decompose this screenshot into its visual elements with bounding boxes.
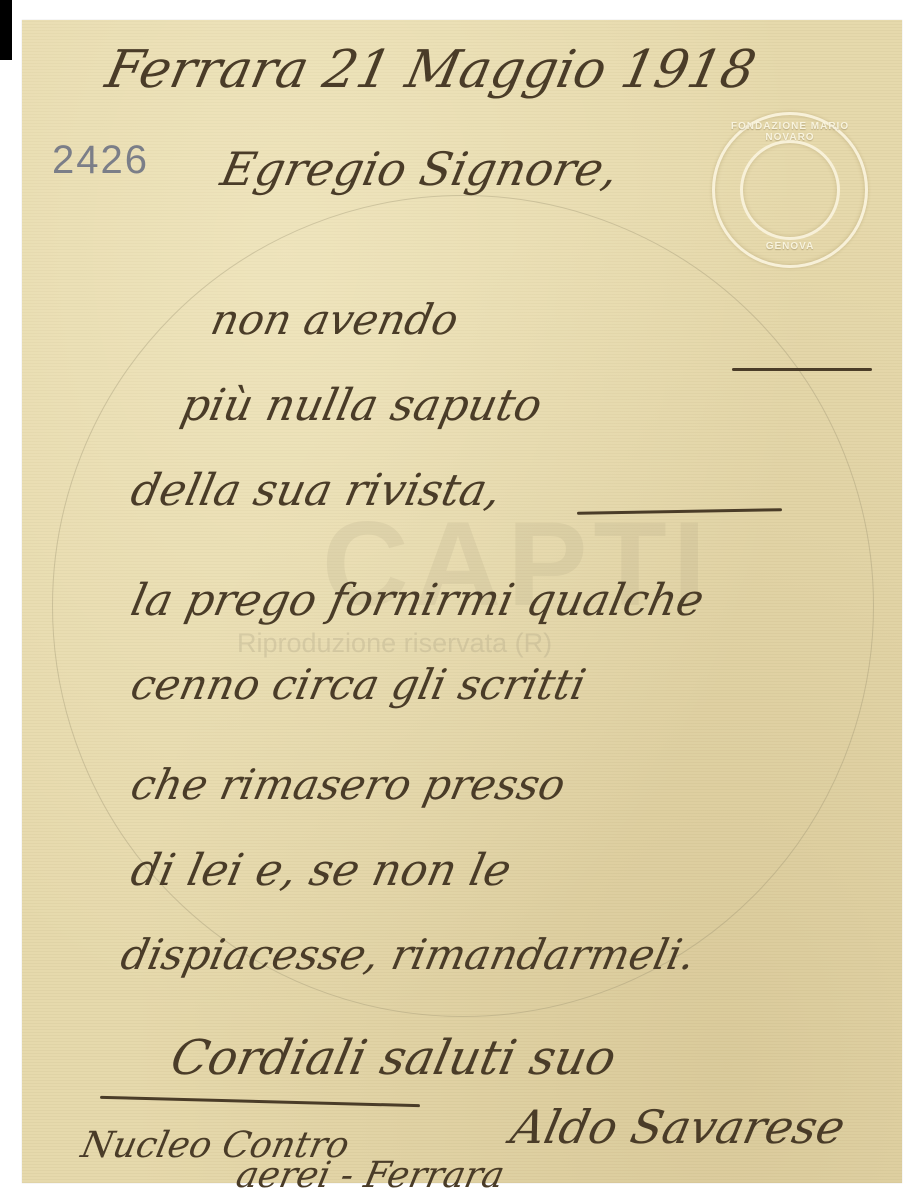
body-line: la prego fornirmi qualche	[127, 575, 709, 626]
body-line: che rimasero presso	[127, 760, 570, 809]
body-line: cenno circa gli scritti	[127, 660, 590, 709]
embossed-stamp: FONDAZIONE MARIO NOVARO GENOVA	[712, 112, 868, 268]
ink-stroke	[732, 368, 872, 371]
letter-paper: CAPTI Riproduzione riservata (R) FONDAZI…	[22, 20, 902, 1183]
signature: Aldo Savarese	[506, 1100, 850, 1154]
body-line: della sua rivista,	[127, 465, 506, 516]
salutation: Egregio Signore,	[216, 142, 623, 196]
body-line: di lei e, se non le	[127, 845, 516, 896]
watermark-text: Riproduzione riservata (R)	[237, 628, 552, 659]
stamp-inner-ring	[740, 140, 840, 240]
body-line: non avendo	[207, 295, 463, 344]
body-line: dispiacesse, rimandarmeli.	[117, 930, 700, 979]
scan-edge	[0, 0, 12, 60]
closing-underline	[100, 1096, 420, 1107]
body-line: più nulla saputo	[177, 380, 547, 431]
stamp-bottom-text: GENOVA	[715, 241, 865, 252]
place-date: Ferrara 21 Maggio 1918	[101, 40, 761, 100]
archive-number: 2426	[52, 138, 149, 183]
sender-unit-line2: aerei - Ferrara	[233, 1155, 508, 1196]
closing: Cordiali saluti suo	[166, 1030, 621, 1086]
